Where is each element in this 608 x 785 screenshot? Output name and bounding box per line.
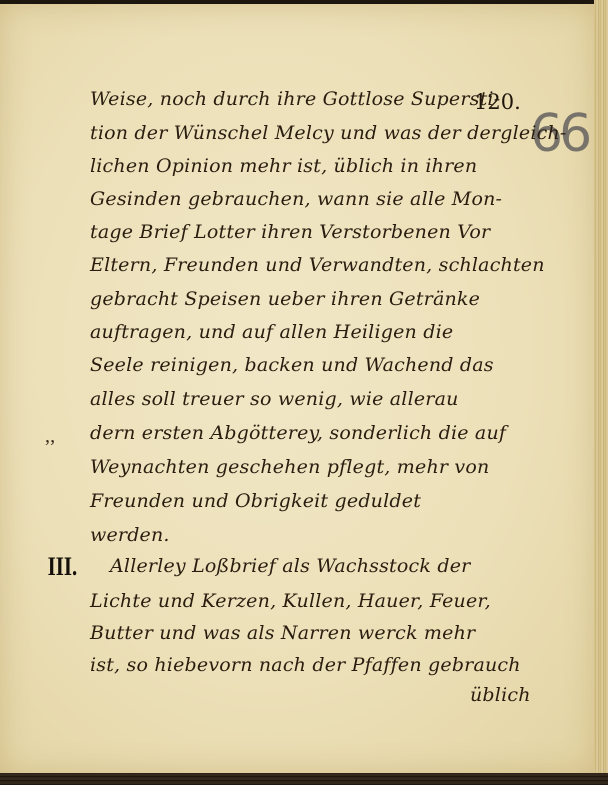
text-line: Lichte und Kerzen, Kullen, Hauer, Feuer,: [90, 590, 491, 612]
text-line: alles soll treuer so wenig, wie allerau: [90, 388, 459, 410]
text-line: Allerley Loßbrief als Wachsstock der: [110, 555, 470, 577]
text-line: Eltern, Freunden und Verwandten, schlach…: [90, 254, 545, 276]
text-line: Butter und was als Narren werck mehr: [90, 622, 475, 644]
text-line: auftragen, und auf allen Heiligen die: [90, 321, 453, 343]
text-line: Weynachten geschehen pflegt, mehr von: [90, 456, 489, 478]
bottom-binding-edge: [0, 773, 608, 785]
text-line: tage Brief Lotter ihren Verstorbenen Vor: [90, 221, 490, 243]
margin-mark: ’’: [44, 436, 56, 459]
text-line: Freunden und Obrigkeit geduldet: [90, 490, 421, 512]
page-stack-edge: [594, 0, 608, 785]
text-line: üblich: [470, 684, 531, 706]
text-line: Gesinden gebrauchen, wann sie alle Mon-: [90, 188, 502, 210]
text-line: werden.: [90, 524, 170, 546]
text-line: Seele reinigen, backen und Wachend das: [90, 354, 494, 376]
text-line: gebracht Speisen ueber ihren Getränke: [90, 288, 480, 310]
text-line: lichen Opinion mehr ist, üblich in ihren: [90, 155, 477, 177]
text-line: Weise, noch durch ihre Gottlose Supersti…: [90, 88, 500, 110]
manuscript-page: 120. 66 ’’ III. Weise, noch durch ihre G…: [0, 4, 596, 774]
text-line: dern ersten Abgötterey, sonderlich die a…: [90, 422, 506, 444]
text-line: ist, so hiebevorn nach der Pfaffen gebra…: [90, 654, 521, 676]
text-line: tion der Wünschel Melcy und was der derg…: [90, 122, 567, 144]
section-number: III.: [48, 552, 77, 582]
